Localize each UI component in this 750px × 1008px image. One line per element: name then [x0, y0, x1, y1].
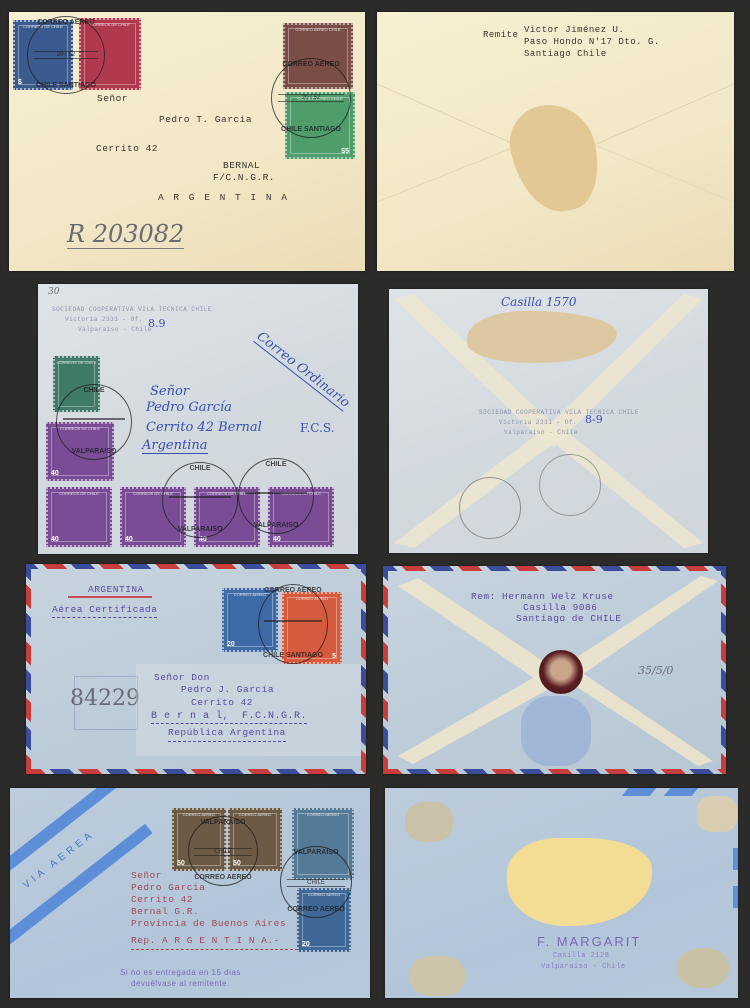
header-aerea-certificada: Aérea Certificada: [52, 604, 157, 618]
cover-3-front: ARGENTINA Aérea Certificada CORREO AEREO…: [26, 564, 366, 774]
postmark-santiago: CORREO AEREOCHILE SANTIAGO: [258, 584, 328, 664]
sender-line-2: Casilla 2128: [553, 952, 609, 960]
cover-3-back: Rem: Hermann Welz Kruse Casilla 9086 San…: [383, 566, 726, 774]
address-city: BERNAL: [223, 160, 260, 171]
backstamp-1: [459, 477, 521, 539]
sender-line-2: Casilla 9086: [523, 602, 597, 613]
backstamp-2: [539, 454, 601, 516]
address-province: Provincia de Buenos Aires: [131, 918, 286, 929]
address-street: Cerrito 42 Bernal: [146, 420, 262, 435]
airmail-stripe-2: [664, 788, 699, 796]
address-country: República Argentina: [168, 727, 286, 742]
registration-number: R 203082: [67, 220, 184, 249]
address-name: Pedro García: [146, 400, 232, 415]
address-salutation: Señor: [150, 384, 189, 399]
postmark-valparaiso-3: CHILEVALPARAISO: [238, 458, 314, 534]
manuscript-top: Casilla 1570: [501, 295, 577, 309]
header-argentina: ARGENTINA: [68, 584, 152, 598]
sender-name: F. MARGARIT: [537, 934, 641, 950]
address-country: Argentina: [142, 438, 208, 454]
sender-stamp-line-3: Valparaiso - Chile: [78, 326, 152, 333]
sender-line-2: Paso Hondo N'17 Dto. G.: [524, 37, 660, 48]
wax-seal: [539, 650, 583, 694]
pencil-note: 30: [48, 287, 59, 297]
seal-remnant: [507, 838, 652, 926]
address-country: A R G E N T I N A: [158, 192, 289, 203]
manuscript-correo-ordinario: Correo Ordinario: [253, 329, 352, 412]
postmark-santiago-2: CORREO AEREO 20 I 52 CHILE SANTIAGO: [271, 58, 351, 138]
return-note-line-1: Si no es entregada en 15 dias: [120, 968, 241, 978]
address-street: Cerrito 42: [191, 697, 253, 708]
sender-stamp-line-2: Victoria 2331 - Of.: [499, 419, 577, 426]
address-city: Bernal G.R.: [131, 906, 199, 917]
hand-note-8-9: 8.9: [148, 317, 166, 330]
address-railway: F.C.S.: [300, 421, 334, 435]
sender-line-1: Rem: Hermann Welz Kruse: [471, 591, 614, 602]
pencil-note: 35/5/0: [638, 664, 673, 677]
address-railway: F/C.N.G.R.: [213, 172, 275, 183]
cover-2-back: Casilla 1570 SOCIEDAD COOPERATIVA VILA T…: [389, 289, 708, 553]
sender-line-3: Santiago de CHILE: [516, 613, 621, 624]
airmail-stripe-3: [733, 848, 738, 870]
hinge-remnant-br: [677, 948, 729, 988]
airmail-stripe-1: [622, 788, 657, 796]
cover-2-front: 30 SOCIEDAD COOPERATIVA VILA TECNICA CHI…: [38, 284, 358, 554]
return-note-line-2: devuélvase al remitente.: [131, 979, 230, 989]
sender-line-3: Valparaiso - Chile: [541, 963, 626, 971]
hand-note-8-9: 8-9: [585, 413, 603, 426]
sender-line-3: Santiago Chile: [524, 49, 607, 60]
cover-4-front: VIA AEREA CORREO AEREO50 CORREO AEREO50 …: [10, 788, 370, 998]
airmail-stripe-4: [733, 886, 738, 908]
hinge-remnant-bl: [410, 956, 465, 996]
registration-number: 84229: [70, 686, 140, 711]
postmark-valparaiso-1: CHILEVALPARAISO: [56, 384, 132, 460]
cover-1-front: CORREOS DE CHILE$ CORREOS DE CHILE CORRE…: [9, 12, 365, 271]
address-country: Rep. A R G E N T I N A.-: [131, 935, 298, 950]
cover-4-back: F. MARGARIT Casilla 2128 Valparaiso - Ch…: [385, 788, 738, 998]
cover-1-back: Remite Victor Jiménez U. Paso Hondo N'17…: [377, 12, 734, 271]
address-name: Pedro J. García: [181, 684, 274, 695]
stain: [521, 696, 591, 766]
sender-label: Remite: [483, 30, 518, 41]
address-street: Cerrito 42: [96, 143, 158, 154]
postmark-santiago-1: CORREO AEREO 20 I 52 CHILE SANTIAGO: [27, 16, 105, 94]
sender-line-1: Victor Jiménez U.: [524, 25, 624, 36]
hinge-remnant-tr: [697, 796, 737, 832]
sender-stamp-line-3: Valparaiso - Chile: [504, 429, 578, 436]
postmark-valparaiso-2: VALPARAISOCHILECORREO AEREO: [280, 846, 352, 918]
address-name: Pedro Garcia: [131, 882, 205, 893]
hinge-remnant-tl: [405, 802, 453, 842]
stamp-purple-plane-2: CORREOS DE CHILE40: [46, 487, 112, 547]
address-salutation: Señor Don: [154, 672, 210, 683]
postmark-valparaiso-2: CHILEVALPARAISO: [162, 462, 238, 538]
address-salutation: Señor: [97, 93, 128, 104]
address-city: B e r n a l, F.C.N.G.R.: [151, 711, 307, 724]
postmark-valparaiso-1: VALPARAISOCHILECORREO AEREO: [188, 816, 258, 886]
sender-stamp-line-1: SOCIEDAD COOPERATIVA VILA TECNICA CHILE: [479, 409, 639, 416]
sender-stamp-line-1: SOCIEDAD COOPERATIVA VILA TECNICA CHILE: [52, 306, 212, 313]
address-name: Pedro T. Garcia: [159, 114, 252, 125]
address-street: Cerrito 42: [131, 894, 193, 905]
address-salutation: Señor: [131, 870, 162, 881]
sender-stamp-line-2: Victoria 2331 - Of.: [65, 316, 143, 323]
